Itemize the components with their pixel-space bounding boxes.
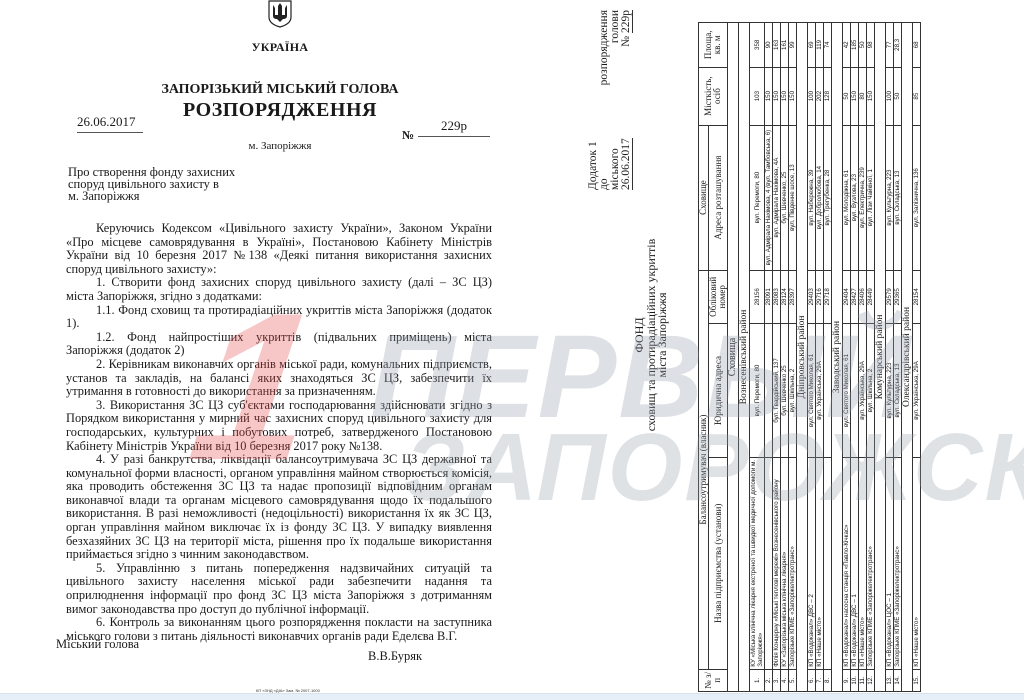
area: 163 (773, 23, 781, 68)
shelter-address: вул. Молодіжна, 61 (843, 125, 851, 270)
row-number: 9. (843, 669, 851, 691)
shelter-address: вул. Південне шосе, 13 (789, 125, 797, 270)
decree-date: 26.06.2017 (77, 114, 143, 133)
area: 69 (808, 23, 816, 68)
shelter-address: вул. Трегубенка, 28 (824, 125, 832, 270)
col-header-area: Площа, кв. м (699, 23, 728, 68)
row-number: 15. (913, 669, 921, 691)
shelter-address: вул. Добролюбова, 14 (816, 125, 824, 270)
row-number: 7. (816, 669, 824, 691)
area: 99 (789, 23, 797, 68)
row-number: 10. (851, 669, 859, 691)
shelter-address: вул. Складська, 13 (894, 125, 902, 270)
capacity: 202 (816, 67, 824, 125)
area: 74 (824, 23, 832, 68)
decree-city: м. Запоріжжя (0, 140, 560, 152)
area: 28,3 (894, 23, 902, 68)
row-number: 12. (867, 669, 875, 691)
area: 68 (913, 23, 921, 68)
col-header-capacity: Місткість, осіб (699, 67, 728, 125)
area: 77 (886, 23, 894, 68)
area: 161 (781, 23, 789, 68)
shelter-address: вул. Лізи Чайкіної, 1 (867, 125, 875, 270)
col-header-no: № з/п (699, 669, 728, 691)
shelter-address: бул. Шевченко, 25 (781, 125, 789, 270)
registration-number: 28154 (913, 270, 921, 324)
row-number: 14. (894, 669, 902, 691)
capacity: 100 (808, 67, 816, 125)
capacity: 85 (913, 67, 921, 125)
capacity: 100 (886, 67, 894, 125)
shelter-address: вул. Залізнична, 136 (913, 125, 921, 270)
shelter-address: вул. Адмірала Нахімова, 4 (вул. Тамбовсь… (765, 125, 773, 270)
area: 98 (867, 23, 875, 68)
shelter-address: вул. Перемоги, 80 (750, 125, 765, 270)
issuing-authority: ЗАПОРІЗЬКИЙ МІСЬКИЙ ГОЛОВА (0, 82, 560, 98)
country-name: УКРАЇНА (0, 40, 560, 55)
clause-5: 5. Управлінню з питань попередження надз… (66, 562, 492, 616)
annex-header: Додаток 1 дорозпорядження міськогоголови… (588, 10, 633, 190)
annex-date: 26.06.2017 (621, 138, 633, 190)
capacity: 80 (859, 67, 867, 125)
table-row: 15.КП «Наше місто»вул. Українська, 29А28… (913, 23, 921, 692)
col-header-shelter-address: Адреса розташування (709, 125, 728, 270)
viewer-bottom-edge (0, 693, 1024, 700)
capacity: 50 (894, 67, 902, 125)
capacity: 150 (867, 67, 875, 125)
area: 90 (765, 23, 773, 68)
capacity: 103 (750, 67, 765, 125)
area: 50 (859, 23, 867, 68)
row-number: 6. (808, 669, 816, 691)
subject-line: м. Запоріжжя (68, 190, 288, 202)
area: 358 (750, 23, 765, 68)
shelter-address: вул. Культурна, 223 (886, 125, 894, 270)
capacity: 128 (824, 67, 832, 125)
decree-number: 229р (418, 118, 490, 137)
row-number: 8. (824, 669, 832, 691)
annex-number-label: № (620, 36, 632, 47)
area: 119 (816, 23, 824, 68)
capacity: 150 (851, 67, 859, 125)
row-number: 5. (789, 669, 797, 691)
row-number: 3. (773, 669, 781, 691)
shelter-address: вул. Електрична, 239 (859, 125, 867, 270)
col-header-shelter-group: Сховище (699, 125, 709, 270)
shelter-address: вул. Вузлова, 23 (851, 125, 859, 270)
signatory-title: Міський голова (56, 637, 139, 652)
capacity: 150 (789, 67, 797, 125)
capacity: 150 (765, 67, 773, 125)
row-number: 11. (859, 669, 867, 691)
row-number: 13. (886, 669, 894, 691)
trident-coat-of-arms-icon (267, 0, 293, 28)
decree-subject: Про створення фонду захисних споруд циві… (68, 166, 288, 202)
row-number: 2. (765, 669, 773, 691)
row-number: 1. (750, 669, 765, 691)
capacity: 50 (843, 67, 851, 125)
area: 42 (843, 23, 851, 68)
watermark-text-line2: ЗАПОРОЖСКИЙ (404, 420, 1024, 516)
shelter-address: вул. Адмірала Нахімова, 4А (773, 125, 781, 270)
area: 185 (851, 23, 859, 68)
annex-number: 229р (620, 10, 633, 33)
capacity: 150 (773, 67, 781, 125)
capacity: 150 (781, 67, 789, 125)
signatory-name: В.В.Буряк (368, 649, 422, 664)
row-number: 4. (781, 669, 789, 691)
shelter-address: вул. Набережна, 39 (808, 125, 816, 270)
